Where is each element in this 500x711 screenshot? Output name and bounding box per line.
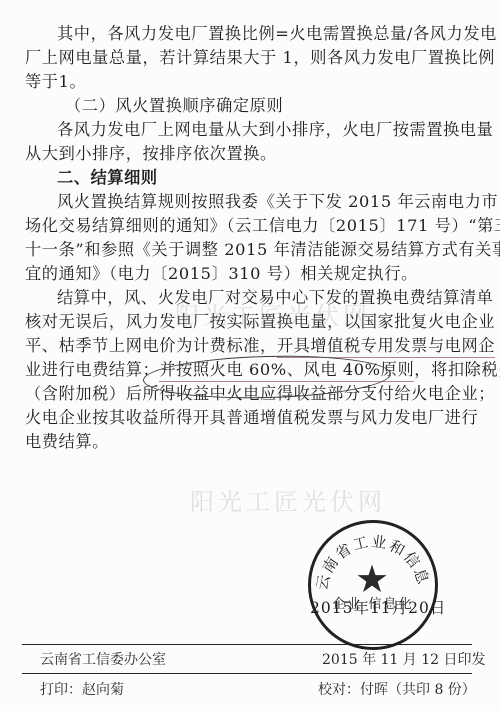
deduct-tax-text: ，将扣除税费 xyxy=(414,358,500,382)
paragraph-3-line-4: 宜的通知》（电力〔2015〕310 号）相关规定执行。 xyxy=(25,262,469,286)
footer-proofreader: 校对：付晖（共印 8 份） xyxy=(318,680,476,700)
settlement-text: 业进行电费结算； xyxy=(25,358,159,382)
footer-top-rule xyxy=(22,644,472,645)
vat-invoice-underlined-text: 开具增值税专用发票与电网企 xyxy=(277,334,495,358)
paragraph-2-line-1: 各风力发电厂上网电量从大到小排序，火电厂按需置换电量 xyxy=(25,118,469,142)
paragraph-4-line-6: 火电企业按其收益所得开具普通增值税发票与风力发电厂进行 xyxy=(25,406,469,430)
paragraph-1-line-2: 厂上网电量总量，若计算结果大于 1，则各风力发电厂置换比例 xyxy=(25,46,469,70)
footer-issuer: 云南省工信委办公室 xyxy=(40,650,166,670)
official-seal: 云南省工业和信息化委员会 ★ 企业 信息化 xyxy=(308,520,438,650)
footer-printer: 打印：赵向菊 xyxy=(40,680,124,700)
section-2-heading: （二）风火置换顺序确定原则 xyxy=(25,94,469,118)
paragraph-3-line-1: 风火置换结算规则按照我委《关于下发 2015 年云南电力市 xyxy=(25,190,469,214)
footer-middle-rule xyxy=(22,673,472,674)
watermark-2: 阳光工匠光伏网 xyxy=(190,482,386,517)
paragraph-2-line-2: 从大到小排序，按排序依次置换。 xyxy=(25,142,469,166)
paragraph-3-line-3: 十一条”和参照《关于调整 2015 年清洁能源交易结算方式有关事 xyxy=(25,238,469,262)
paragraph-4-line-7: 电费结算。 xyxy=(25,430,469,454)
document-page: 其中，各风力发电厂置换比例=火电需置换总量/各风力发电 厂上网电量总量，若计算结… xyxy=(0,0,500,711)
paragraph-1-line-1: 其中，各风力发电厂置换比例=火电需置换总量/各风力发电 xyxy=(25,22,469,46)
signing-date: 2015年11月20日 xyxy=(310,596,446,618)
pricing-standard-text: 平、枯季节上网电价为计费标准， xyxy=(25,334,277,358)
paragraph-1-line-3: 等于1。 xyxy=(25,70,469,94)
paragraph-3-line-2: 场化交易结算细则的通知》（云工信电力〔2015〕171 号）“第三 xyxy=(25,214,469,238)
footer-issue-date: 2015 年 11 月 12 日印发 xyxy=(322,650,486,670)
part-2-heading: 二、结算细则 xyxy=(25,166,469,190)
paragraph-4-line-3: 平、枯季节上网电价为计费标准， 开具增值税专用发票与电网企 xyxy=(25,334,469,358)
watermark-1: 阳光工匠光伏网 xyxy=(175,296,371,331)
